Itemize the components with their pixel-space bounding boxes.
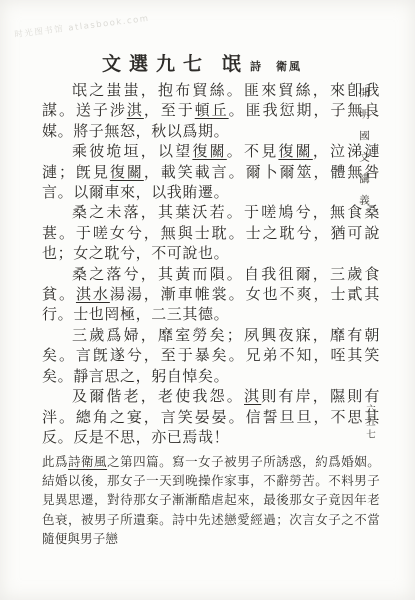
stanza-3: 桑之未落，其葉沃若。于嗟鳩兮，無食桑葚。于嗟女兮，無與士耽。士之耽兮，猶可說也；… [42,203,380,264]
series-label: 文選九七 [102,54,210,75]
poem-title: 氓 [222,54,241,75]
stanza-6: 及爾偕老，老使我怨。淇則有岸，隰則有泮。總角之宴，言笑晏晏。信誓旦旦，不思其反。… [42,387,380,448]
page-number: 六五七 [362,404,376,442]
stanza-1: 氓之蚩蚩，抱布貿絲。匪來貿絲，來卽我謀。送子涉淇，至于頓丘。匪我愆期，子無良媒。… [42,81,380,142]
stanza-4: 桑之落兮，其黃而隕。自我徂爾，三歲食貧。淇水湯湯，漸車帷裳。女也不爽，士貳其行。… [42,265,380,326]
poem-body: 氓之蚩蚩，抱布貿絲。匪來貿絲，來卽我謀。送子涉淇，至于頓丘。匪我愆期，子無良媒。… [42,81,380,448]
commentary-paragraph: 此爲詩衛風之第四篇。寫一女子被男子所誘惑，約爲婚姻。結婚以後，那女子一天到晚操作… [42,453,380,549]
poem-source-label: 詩 衛風 [250,61,302,73]
watermark-text: 时光图书馆 atlasbook.com [14,12,150,40]
commentary-block: 此爲詩衛風之第四篇。寫一女子被男子所誘惑，約爲婚姻。結婚以後，那女子一天到晚操作… [42,453,380,549]
stanza-2: 乘彼垝垣，以望復關。不見復關，泣涕漣漣；旣見復關，載笑載言。爾卜爾筮，體無咎言。… [42,142,380,203]
stanza-5: 三歲爲婦，靡室勞矣；夙興夜寐，靡有朝矣。言旣遂兮，至于暴矣。兄弟不知，咥其笑矣。… [42,326,380,387]
book-page: 时光图书馆 atlasbook.com 文選九七氓詩 衛風 氓之蚩蚩，抱布貿絲。… [0,0,415,600]
margin-book-label: 開明國文講義 [356,87,371,216]
page-heading: 文選九七氓詩 衛風 [42,49,362,76]
